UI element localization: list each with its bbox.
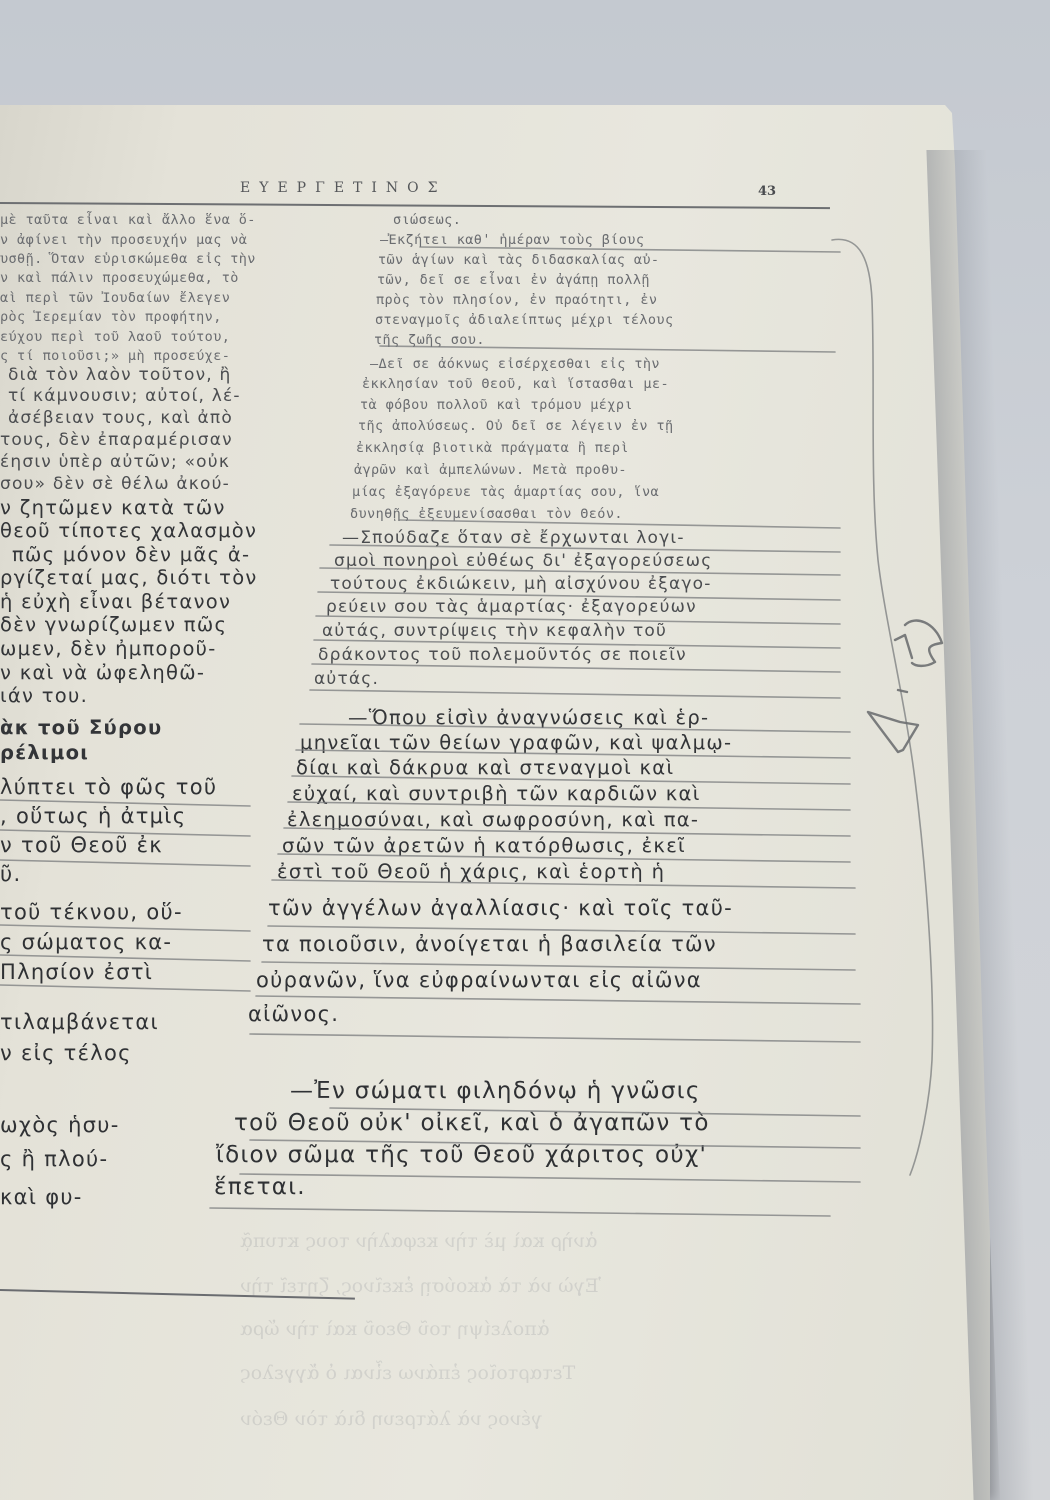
text-line: σιώσεως. xyxy=(393,212,461,228)
text-line: ῦ. xyxy=(0,862,21,886)
text-line: ἐλεημοσύναι, καὶ σωφροσύνη, καὶ πα- xyxy=(287,808,699,831)
text-line: τί κάμνουσιν; αὐτοί, λέ- xyxy=(8,386,241,406)
text-line: έησιν ὑπὲρ αὐτῶν; «οὐκ xyxy=(0,452,230,472)
text-line: δράκοντος τοῦ πολεμοῦντός σε ποιεῖν xyxy=(318,645,687,665)
text-line: ἕπεται. xyxy=(214,1174,306,1200)
text-line: αὶ περὶ τῶν Ἰουδαίων ἔλεγεν xyxy=(0,290,230,306)
text-line: —Ὅπου εἰσὶν ἀναγνώσεις καὶ ἑρ- xyxy=(348,706,709,729)
text-line: ἴδιον σῶμα τῆς τοῦ Θεοῦ χάριτος οὐχ' xyxy=(216,1142,707,1168)
section-heading: ρέλιμοι xyxy=(0,741,89,764)
text-line: εύχου περὶ τοῦ λαοῦ τούτου, xyxy=(0,329,230,345)
text-line: ν ἀφίνει τὴν προσευχήν μας νὰ xyxy=(0,232,247,248)
text-line: σου» δὲν σὲ θέλω ἀκού- xyxy=(0,474,230,494)
text-line: Πλησίον ἐστὶ xyxy=(0,960,153,984)
bleed-line: ἀπολείψη τοῦ Θεοῦ καὶ τὴν ὥρα xyxy=(240,1318,550,1340)
text-line: τοῦ τέκνου, οὕ- xyxy=(0,900,183,924)
text-line: μίας ἐξαγόρευε τὰς ἁμαρτίας σου, ἵνα xyxy=(352,484,659,500)
text-line: υσθῇ. Ὅταν εὑρισκώμεθα εἰς τὴν xyxy=(0,251,256,267)
text-line: τους, δὲν ἐπαραμέρισαν xyxy=(0,430,233,450)
text-line: ωχὸς ἡσυ- xyxy=(0,1113,120,1137)
text-line: εὐχαί, καὶ συντριβὴ τῶν καρδιῶν καὶ xyxy=(292,782,701,805)
text-line: τῆς ζωῆς σου. xyxy=(374,332,485,348)
text-line: στεναγμοῖς ἀδιαλείπτως μέχρι τέλους xyxy=(375,312,673,328)
text-line: πρὸς τὸν πλησίον, ἐν πραότητι, ἐν xyxy=(376,292,657,308)
text-line: ωμεν, δὲν ἠμποροῦ- xyxy=(0,637,217,660)
text-line: θεοῦ τίποτες χαλασμὸν xyxy=(0,519,257,542)
text-line: ἡ εὐχὴ εἶναι βέτανον xyxy=(0,590,231,613)
section-heading: ὰκ τοῦ Σύρου xyxy=(0,716,162,739)
bleed-line: ἀνὴρ καὶ μὲ τὴν κεφαλὴν τους κτυπᾷ xyxy=(240,1230,598,1252)
text-line: ἀσέβειαν τους, καὶ ἀπὸ xyxy=(8,408,233,428)
text-line: δὲν γνωρίζωμεν πῶς xyxy=(0,613,227,636)
text-line: ἀγρῶν καὶ ἀμπελώνων. Μετὰ προθυ- xyxy=(354,462,627,478)
running-header: ΕΥΕΡΓΕΤΙΝΟΣ 43 xyxy=(0,180,830,210)
text-line: δίαι καὶ δάκρυα καὶ στεναγμοὶ καὶ xyxy=(296,756,674,779)
text-line: ς ἢ πλού- xyxy=(0,1147,108,1171)
text-line: τιλαμβάνεται xyxy=(0,1010,159,1034)
text-line: σῶν τῶν ἀρετῶν ἡ κατόρθωσις, ἐκεῖ xyxy=(282,834,686,857)
page-number: 43 xyxy=(758,184,776,199)
bleed-line: Τεταρτοῖος ἐπάνω εἶναι ὁ ἄγγελος xyxy=(240,1362,575,1384)
text-line: ν καὶ πάλιν προσευχώμεθα, τὸ xyxy=(0,270,239,286)
text-line: αὐτάς, συντρίψεις τὴν κεφαλὴν τοῦ xyxy=(322,621,667,641)
header-rule xyxy=(0,202,830,209)
text-line: ν τοῦ Θεοῦ ἐκ xyxy=(0,833,163,857)
text-line: τῶν ἀγγέλων ἀγαλλίασις· καὶ τοῖς ταῦ- xyxy=(268,896,733,920)
text-line: τούτους ἐκδιώκειν, μὴ αἰσχύνου ἐξαγο- xyxy=(330,574,712,594)
text-line: —Δεῖ σε ἀόκνως εἰσέρχεσθαι εἰς τὴν xyxy=(370,356,660,372)
text-line: σμοὶ πονηροὶ εὐθέως δι' ἐξαγορεύσεως xyxy=(334,551,712,571)
text-line: τα ποιοῦσιν, ἀνοίγεται ἡ βασιλεία τῶν xyxy=(262,932,717,956)
text-line: ἐκκλησίαν τοῦ Θεοῦ, καὶ ἵστασθαι με- xyxy=(362,376,669,392)
text-line: ν εἰς τέλος xyxy=(0,1041,132,1065)
running-title: ΕΥΕΡΓΕΤΙΝΟΣ xyxy=(240,180,447,196)
bleed-line: Ἐγὼ νὰ τὰ ἀκούσῃ ἐκεῖνος, ζητεῖ τὴν xyxy=(240,1275,601,1297)
text-line: πῶς μόνον δὲν μᾶς ἀ- xyxy=(12,543,250,566)
text-line: οὐρανῶν, ἵνα εὐφραίνωνται εἰς αἰῶνα xyxy=(256,968,702,992)
text-line: μὲ ταῦτα εἶναι καὶ ἄλλο ἕνα ὅ- xyxy=(0,212,256,228)
text-line: ς σώματος κα- xyxy=(0,930,172,954)
text-line: καὶ φυ- xyxy=(0,1185,83,1209)
text-line: ργίζεταί μας, διότι τὸν xyxy=(0,566,258,589)
text-line: αἰῶνος. xyxy=(248,1002,339,1026)
text-line: διὰ τὸν λαὸν τοῦτον, ἢ xyxy=(8,365,231,385)
text-line: , οὕτως ἡ ἀτμὶς xyxy=(0,804,186,828)
bleed-line: γένος νὰ λάτρευη διὰ τὸν Θεόν xyxy=(240,1408,542,1430)
text-line: τὰ φόβου πολλοῦ καὶ τρόμου μέχρι xyxy=(360,397,633,413)
text-line: ν ζητῶμεν κατὰ τῶν xyxy=(0,496,226,519)
text-line: ἐκκλησίᾳ βιοτικὰ πράγματα ἢ περὶ xyxy=(356,440,629,456)
text-line: ιάν του. xyxy=(0,684,88,707)
text-line: τοῦ Θεοῦ οὐκ' οἰκεῖ, καὶ ὁ ἀγαπῶν τὸ xyxy=(234,1110,710,1136)
text-line: ρὸς Ἱερεμίαν τὸν προφήτην, xyxy=(0,309,222,325)
text-line: τῶν, δεῖ σε εἶναι ἐν ἀγάπῃ πολλῇ xyxy=(377,272,650,288)
text-line: μηνεῖαι τῶν θείων γραφῶν, καὶ ψαλμῳ- xyxy=(300,731,732,754)
text-line: —Σπούδαζε ὅταν σὲ ἔρχωνται λογι- xyxy=(342,528,685,548)
text-line: ς τί ποιοῦσι;» μὴ προσεύχε- xyxy=(0,348,230,364)
text-line: τῶν ἁγίων καὶ τὰς διδασκαλίας αὐ- xyxy=(378,252,659,268)
text-line: ν καὶ νὰ ὠφεληθῶ- xyxy=(0,661,205,684)
text-line: ἐστὶ τοῦ Θεοῦ ἡ χάρις, καὶ ἑορτὴ ἡ xyxy=(277,860,665,883)
text-line: αὐτάς. xyxy=(314,669,379,689)
text-line: τῆς ἀπολύσεως. Οὐ δεῖ σε λέγειν ἐν τῇ xyxy=(358,418,674,434)
text-line: —Ἐκζήτει καθ' ἡμέραν τοὺς βίους xyxy=(380,232,644,248)
text-line: ρεύειν σου τὰς ἁμαρτίας· ἐξαγορεύων xyxy=(326,597,697,617)
text-line: λύπτει τὸ φῶς τοῦ xyxy=(0,775,217,799)
text-line: —Ἐν σώματι φιληδόνῳ ἡ γνῶσις xyxy=(290,1078,701,1104)
text-line: δυνηθῇς ἐξευμενίσασθαι τὸν Θεόν. xyxy=(350,506,623,522)
